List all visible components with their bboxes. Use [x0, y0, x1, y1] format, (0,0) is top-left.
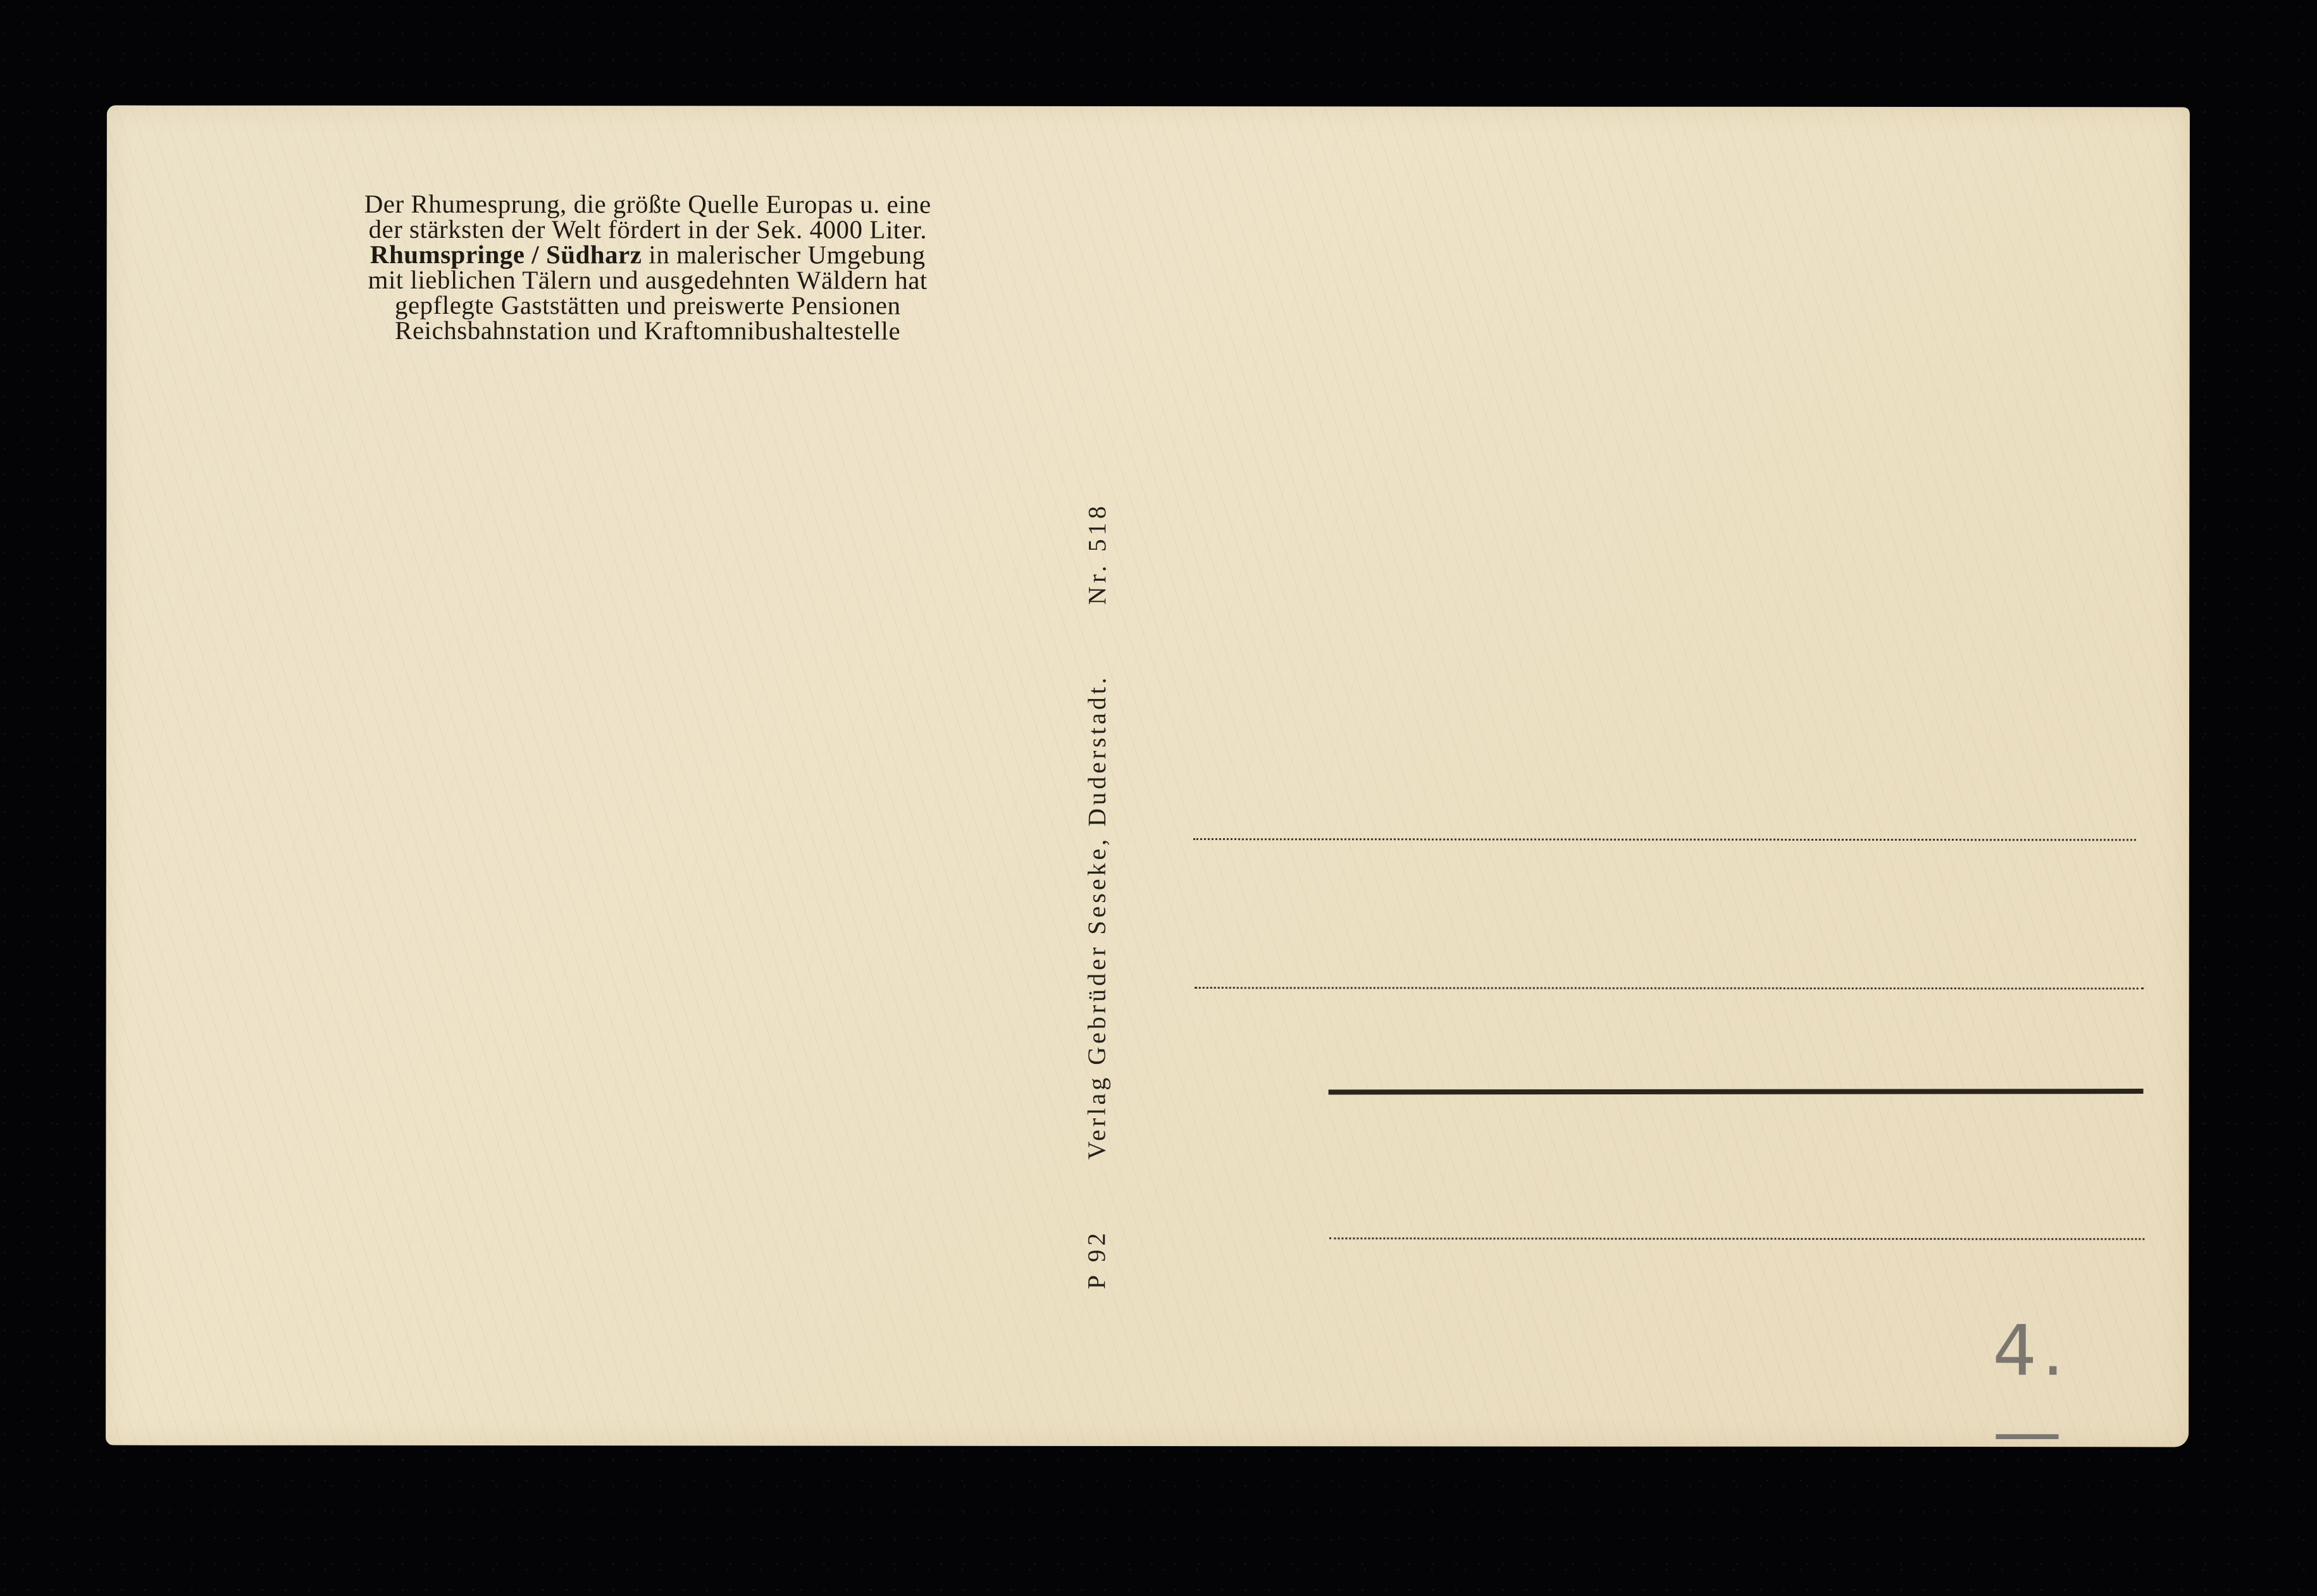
- card-number: Nr. 518: [1082, 502, 1112, 605]
- postcard: Der Rhumesprung, die größte Quelle Europ…: [106, 106, 2190, 1447]
- caption-line-3: Rhumspringe / Südharz in malerischer Umg…: [237, 242, 1059, 268]
- caption-text: Der Rhumesprung, die größte Quelle Europ…: [237, 191, 1059, 343]
- publisher-imprint: P 92 Verlag Gebrüder Seseke, Duderstadt.…: [1081, 502, 1112, 1289]
- caption-line-1: Der Rhumesprung, die größte Quelle Europ…: [237, 191, 1059, 217]
- address-line-1: [1193, 838, 2136, 841]
- caption-line-4: mit lieblichen Tälern und ausgedehnten W…: [237, 267, 1059, 293]
- address-line-2: [1195, 987, 2144, 989]
- caption-line-2: der stärksten der Welt fördert in der Se…: [237, 216, 1059, 242]
- caption-line-6: Reichsbahnstation und Kraftomnibushaltes…: [237, 318, 1059, 343]
- publisher-name: Verlag Gebrüder Seseke, Duderstadt.: [1081, 674, 1112, 1160]
- print-code: P 92: [1081, 1229, 1111, 1289]
- pencil-price: 4.—: [1992, 1310, 2082, 1472]
- caption-line-5: gepflegte Gaststätten und preiswerte Pen…: [237, 292, 1059, 318]
- address-line-solid: [1329, 1089, 2144, 1095]
- address-line-3: [1329, 1237, 2144, 1240]
